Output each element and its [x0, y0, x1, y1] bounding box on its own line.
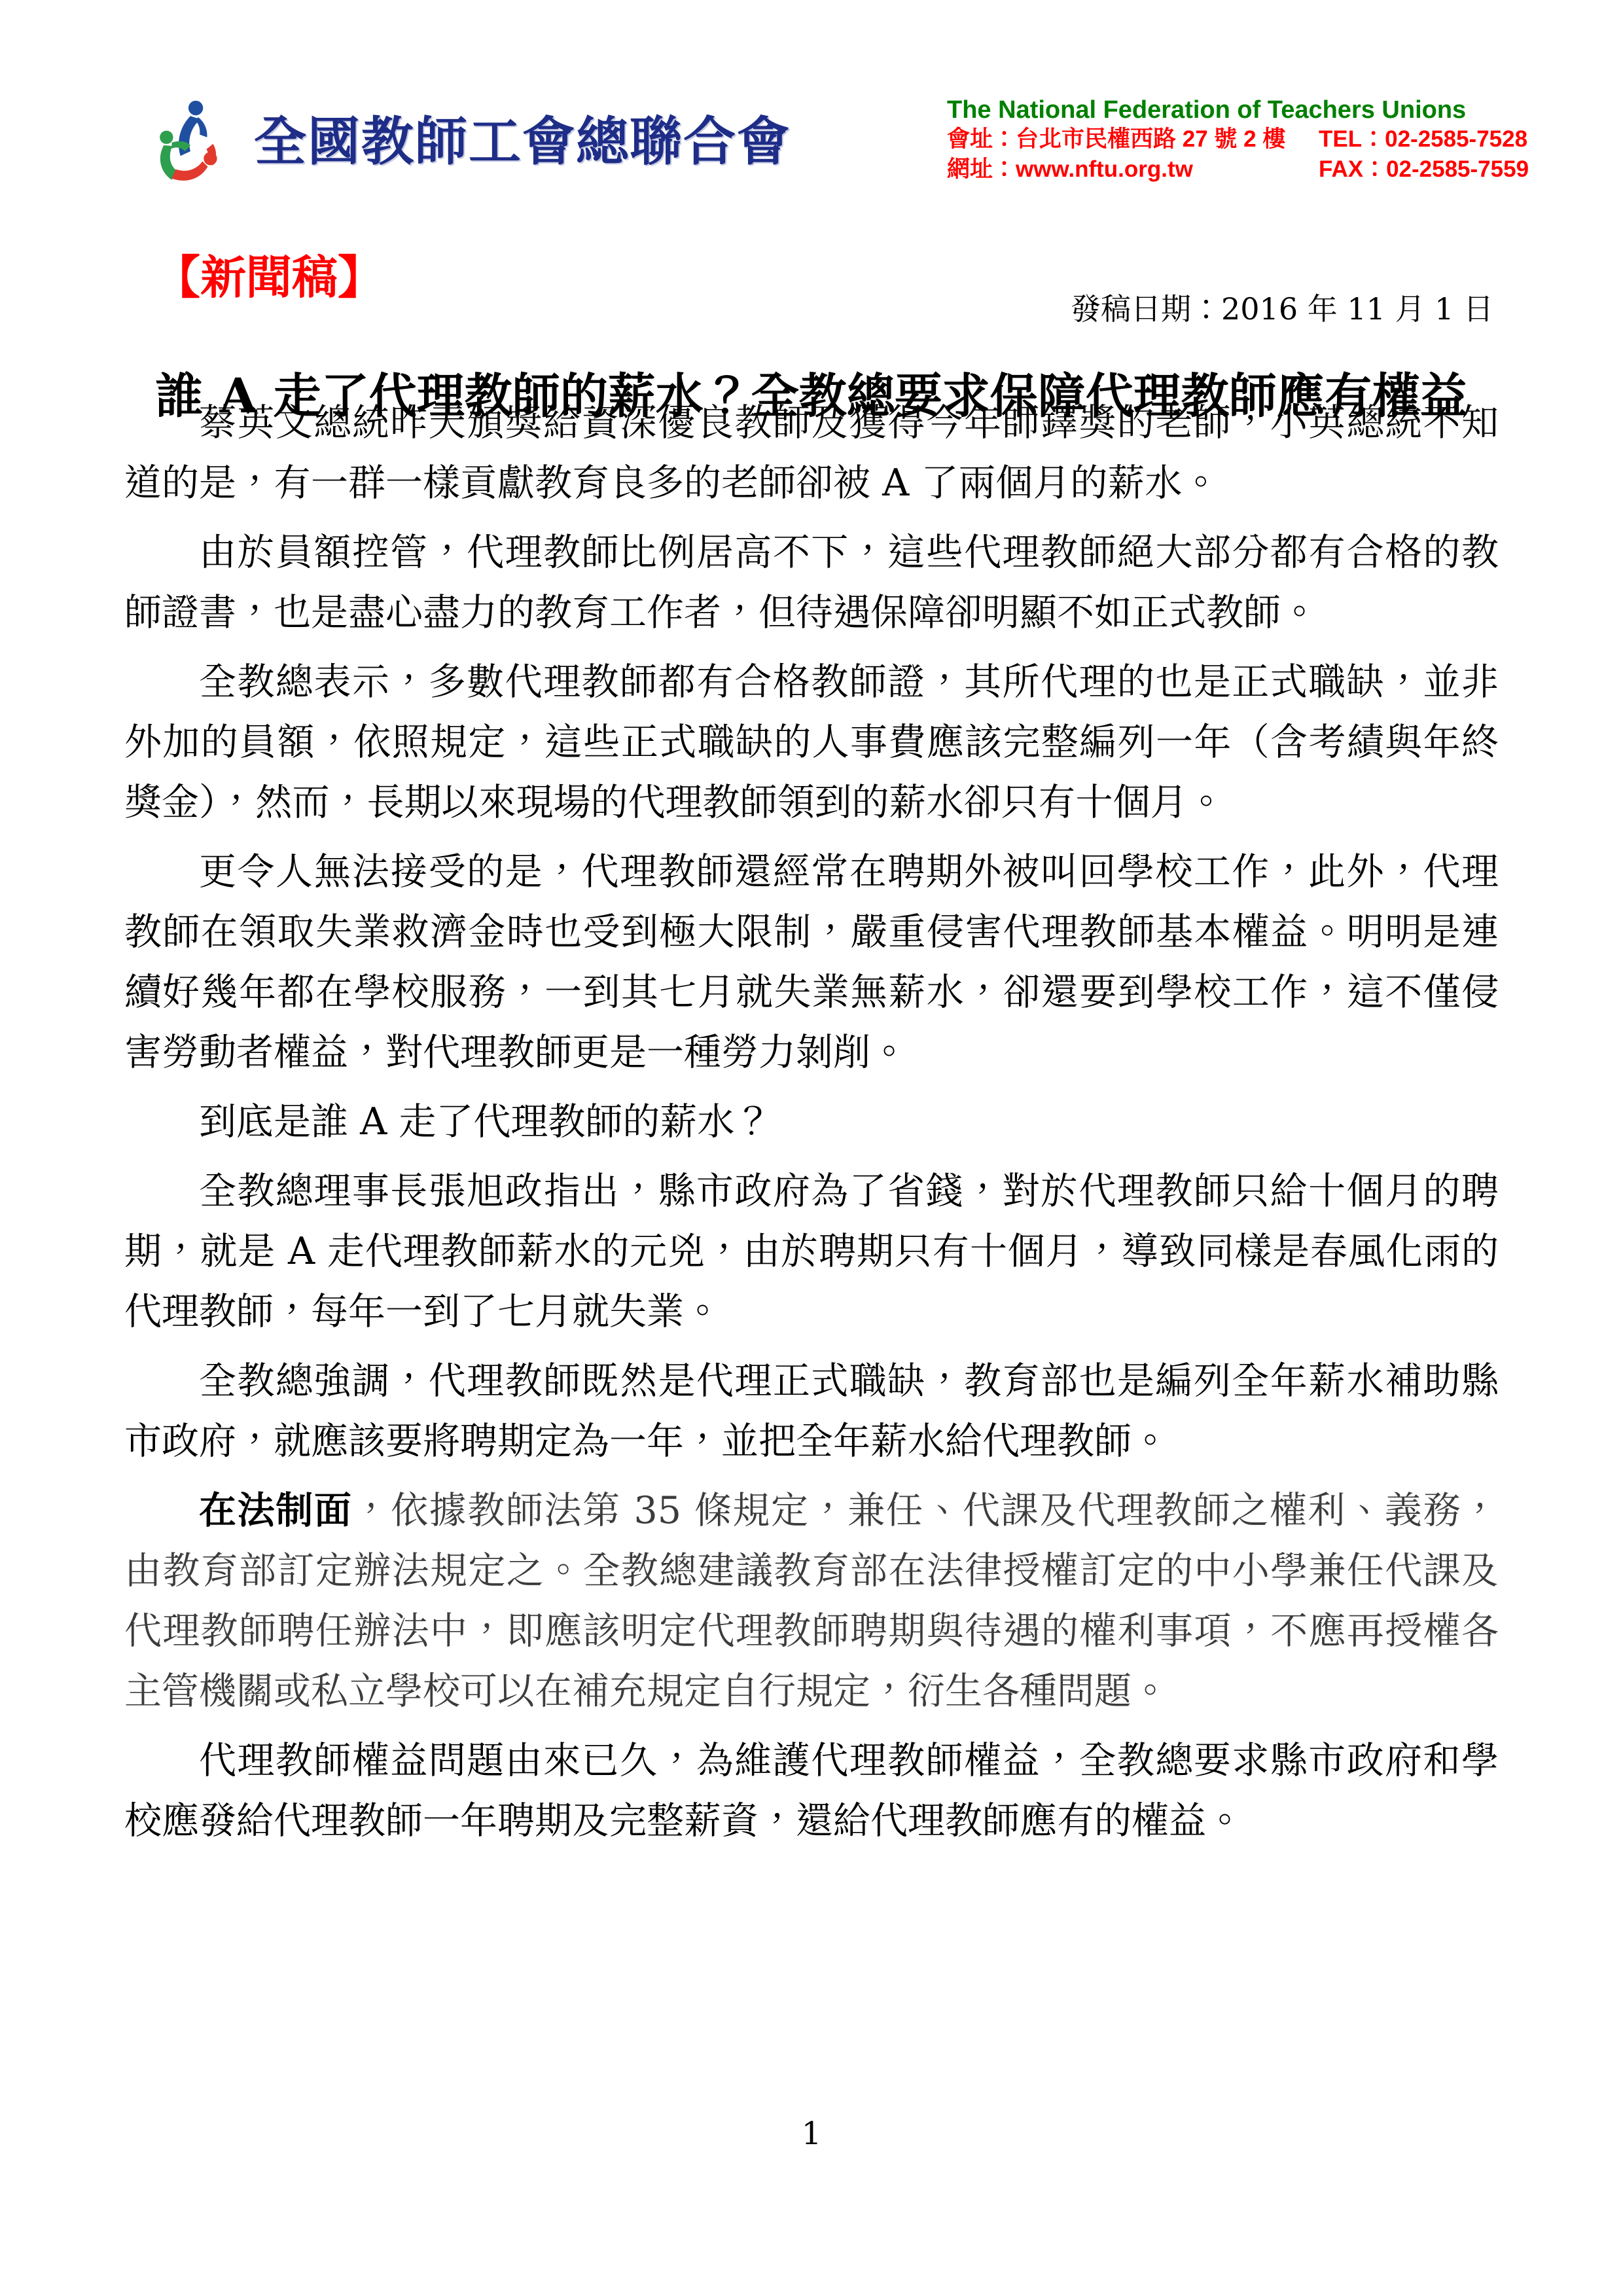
paragraph-question: 到底是誰 A 走了代理教師的薪水？ [124, 1092, 1499, 1152]
org-name-en: The National Federation of Teachers Unio… [947, 96, 1510, 124]
paragraph: 全教總理事長張旭政指出，縣市政府為了省錢，對於代理教師只給十個月的聘期，就是 A… [124, 1161, 1499, 1342]
union-emblem-icon [152, 96, 232, 199]
paragraph: 更令人無法接受的是，代理教師還經常在聘期外被叫回學校工作，此外，代理教師在領取失… [124, 842, 1499, 1083]
issue-date: 發稿日期：2016 年 11 月 1 日 [1071, 285, 1493, 329]
article-body: 蔡英文總統昨天頒獎給資深優良教師及獲得今年師鐸獎的老師，小英總統不知道的是，有一… [124, 393, 1499, 1860]
press-release-badge: 【新聞稿】 [154, 251, 383, 304]
paragraph: 由於員額控管，代理教師比例居高不下，這些代理教師絕大部分都有合格的教師證書，也是… [124, 522, 1499, 643]
paragraph: 全教總強調，代理教師既然是代理正式職缺，教育部也是編列全年薪水補助縣市政府，就應… [124, 1351, 1499, 1471]
paragraph: 在法制面，依據教師法第 35 條規定，兼任、代課及代理教師之權利、義務，由教育部… [124, 1480, 1499, 1721]
press-release-page: 全國教師工會總聯合會 The National Federation of Te… [0, 0, 1623, 2296]
paragraph: 代理教師權益問題由來已久，為維護代理教師權益，全教總要求縣市政府和學校應發給代理… [124, 1731, 1499, 1851]
contact-fax: FAX：02-2585-7559 [1319, 154, 1529, 185]
paragraph: 蔡英文總統昨天頒獎給資深優良教師及獲得今年師鐸獎的老師，小英總統不知道的是，有一… [124, 393, 1499, 513]
page-number: 1 [0, 2115, 1623, 2152]
contact-address: 會址：台北市民權西路 27 號 2 樓 [947, 124, 1319, 154]
header-contact-block: The National Federation of Teachers Unio… [947, 96, 1510, 185]
contact-tel: TEL：02-2585-7528 [1319, 124, 1529, 154]
org-name-zh: 全國教師工會總聯合會 [254, 99, 751, 175]
contact-website: 網址：www.nftu.org.tw [947, 154, 1319, 185]
paragraph: 全教總表示，多數代理教師都有合格教師證，其所代理的也是正式職缺，並非外加的員額，… [124, 652, 1499, 833]
